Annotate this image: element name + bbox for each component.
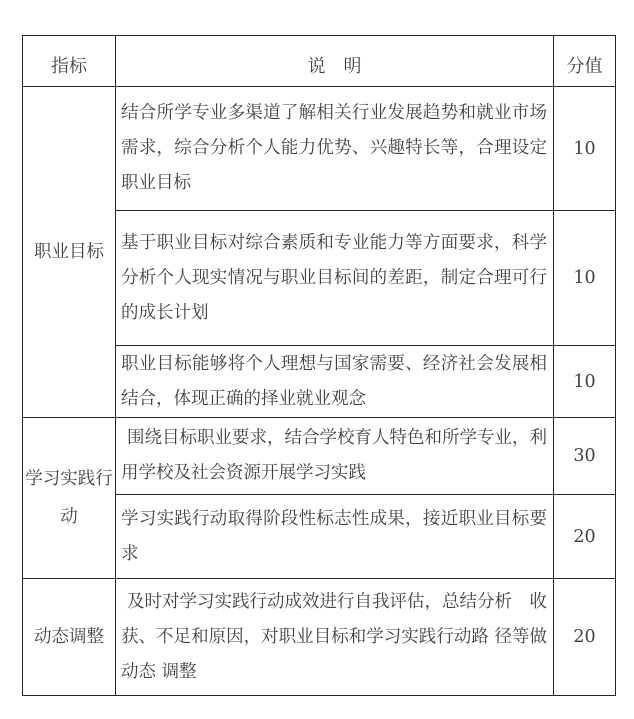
evaluation-criteria-table: 指标 说 明 分值 职业目标 结合所学专业多渠道了解相关行业发展趋势和就业市场需… xyxy=(22,35,616,696)
score-cell: 10 xyxy=(554,211,616,346)
score-cell: 10 xyxy=(554,346,616,418)
description-cell: 学习实践行动取得阶段性标志性成果，接近职业目标要求 xyxy=(116,495,554,579)
table-header-row: 指标 说 明 分值 xyxy=(23,36,616,87)
description-cell: 职业目标能够将个人理想与国家需要、经济社会发展相结合，体现正确的择业就业观念 xyxy=(116,346,554,418)
group-label-career-goal: 职业目标 xyxy=(23,87,116,418)
table-row: 学习实践行动 围绕目标职业要求，结合学校育人特色和所学专业，利用学校及社会资源开… xyxy=(23,418,616,495)
table-row: 动态调整 及时对学习实践行动成效进行自我评估，总结分析 收获、不足和原因，对职业… xyxy=(23,579,616,696)
score-cell: 30 xyxy=(554,418,616,495)
description-cell: 及时对学习实践行动成效进行自我评估，总结分析 收获、不足和原因，对职业目标和学习… xyxy=(116,579,554,696)
description-cell: 基于职业目标对综合素质和专业能力等方面要求，科学分析个人现实情况与职业目标间的差… xyxy=(116,211,554,346)
header-indicator: 指标 xyxy=(23,36,116,87)
description-cell: 围绕目标职业要求，结合学校育人特色和所学专业，利用学校及社会资源开展学习实践 xyxy=(116,418,554,495)
header-description: 说 明 xyxy=(116,36,554,87)
group-label-dynamic-adjustment: 动态调整 xyxy=(23,579,116,696)
description-cell: 结合所学专业多渠道了解相关行业发展趋势和就业市场需求，综合分析个人能力优势、兴趣… xyxy=(116,87,554,211)
score-cell: 20 xyxy=(554,495,616,579)
document-page: 指标 说 明 分值 职业目标 结合所学专业多渠道了解相关行业发展趋势和就业市场需… xyxy=(0,0,634,719)
score-cell: 20 xyxy=(554,579,616,696)
header-score: 分值 xyxy=(554,36,616,87)
group-label-learning-practice: 学习实践行动 xyxy=(23,418,116,579)
table-row: 职业目标 结合所学专业多渠道了解相关行业发展趋势和就业市场需求，综合分析个人能力… xyxy=(23,87,616,211)
score-cell: 10 xyxy=(554,87,616,211)
